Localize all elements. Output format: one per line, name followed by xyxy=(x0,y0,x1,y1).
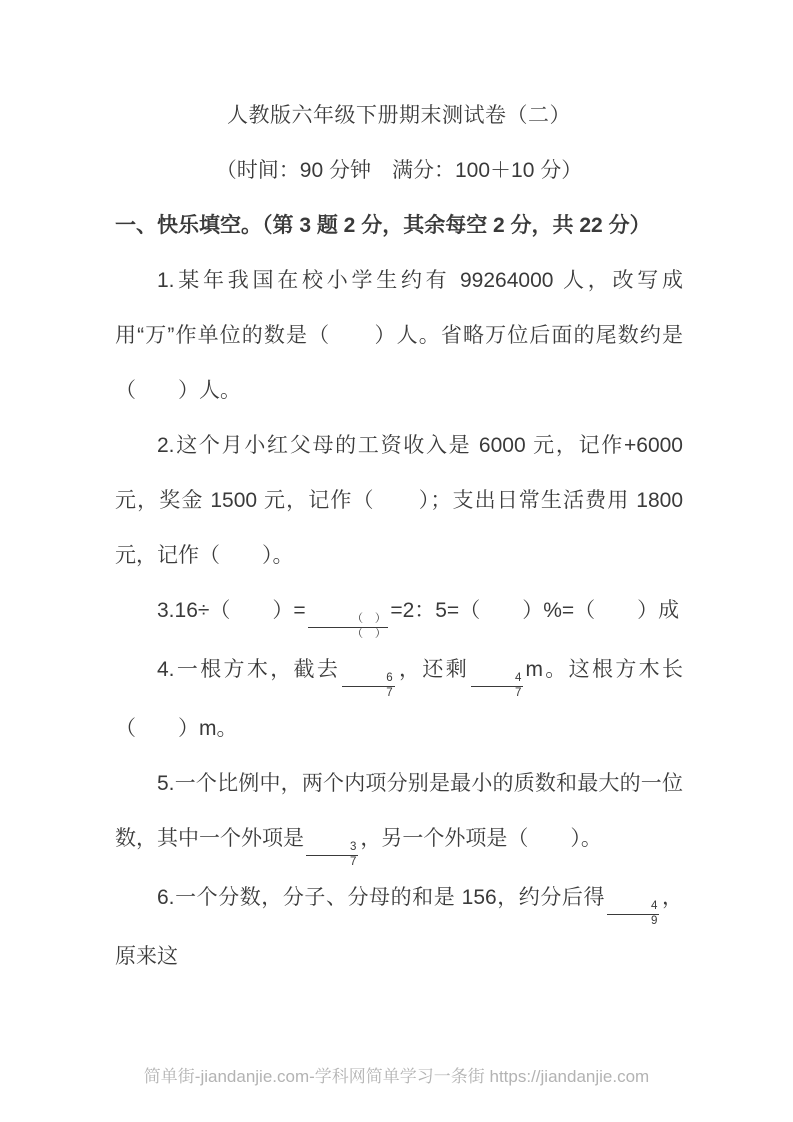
fraction-numerator: 6 xyxy=(342,672,394,687)
exam-paper-page: 人教版六年级下册期末测试卷（二） （时间：90 分钟 满分：100＋10 分） … xyxy=(0,0,793,1122)
fraction-four-ninths: 49 xyxy=(607,900,659,929)
fraction-four-sevenths: 47 xyxy=(471,672,523,701)
exam-time-score-line: （时间：90 分钟 满分：100＋10 分） xyxy=(115,143,683,198)
page-title: 人教版六年级下册期末测试卷（二） xyxy=(115,88,683,143)
fraction-numerator: 3 xyxy=(306,841,358,856)
fraction-blank: （ ）（ ） xyxy=(308,613,389,642)
fraction-numerator: 4 xyxy=(471,672,523,687)
question-3-prefix: 3.16÷（ ）= xyxy=(157,599,306,622)
fraction-numerator: （ ） xyxy=(308,613,389,628)
fraction-denominator: 7 xyxy=(471,687,523,701)
fraction-numerator: 4 xyxy=(607,900,659,915)
fraction-denominator: 9 xyxy=(607,915,659,929)
question-4-middle: ，还剩 xyxy=(397,658,469,681)
question-4-prefix: 4.一根方木，截去 xyxy=(157,658,340,681)
fraction-denominator: 7 xyxy=(342,687,394,701)
question-2: 2.这个月小红父母的工资收入是 6000 元，记作+6000 元，奖金 1500… xyxy=(115,418,683,583)
question-6: 6.一个分数，分子、分母的和是 156，约分后得49，原来这 xyxy=(115,870,683,984)
section-1-heading: 一、快乐填空。（第 3 题 2 分，其余每空 2 分，共 22 分） xyxy=(115,198,683,253)
question-5-suffix: ，另一个外项是（ ）。 xyxy=(360,827,602,850)
question-3: 3.16÷（ ）=（ ）（ ）=2：5=（ ）%=（ ）成 xyxy=(115,583,683,642)
question-5: 5.一个比例中，两个内项分别是最小的质数和最大的一位数，其中一个外项是37，另一… xyxy=(115,756,683,870)
question-1: 1.某年我国在校小学生约有 99264000 人，改写成用“万”作单位的数是（ … xyxy=(115,253,683,418)
watermark-footer: 简单街-jiandanjie.com-学科网简单学习一条街 https://ji… xyxy=(0,1064,793,1090)
fraction-denominator: （ ） xyxy=(308,628,389,642)
fraction-six-sevenths: 67 xyxy=(342,672,394,701)
exam-content: 人教版六年级下册期末测试卷（二） （时间：90 分钟 满分：100＋10 分） … xyxy=(115,88,683,984)
fraction-denominator: 7 xyxy=(306,856,358,870)
question-6-prefix: 6.一个分数，分子、分母的和是 156，约分后得 xyxy=(157,886,605,909)
question-4: 4.一根方木，截去67，还剩47m。这根方木长（ ）m。 xyxy=(115,642,683,756)
question-3-suffix: =2：5=（ ）%=（ ）成 xyxy=(390,599,679,622)
fraction-three-sevenths: 37 xyxy=(306,841,358,870)
